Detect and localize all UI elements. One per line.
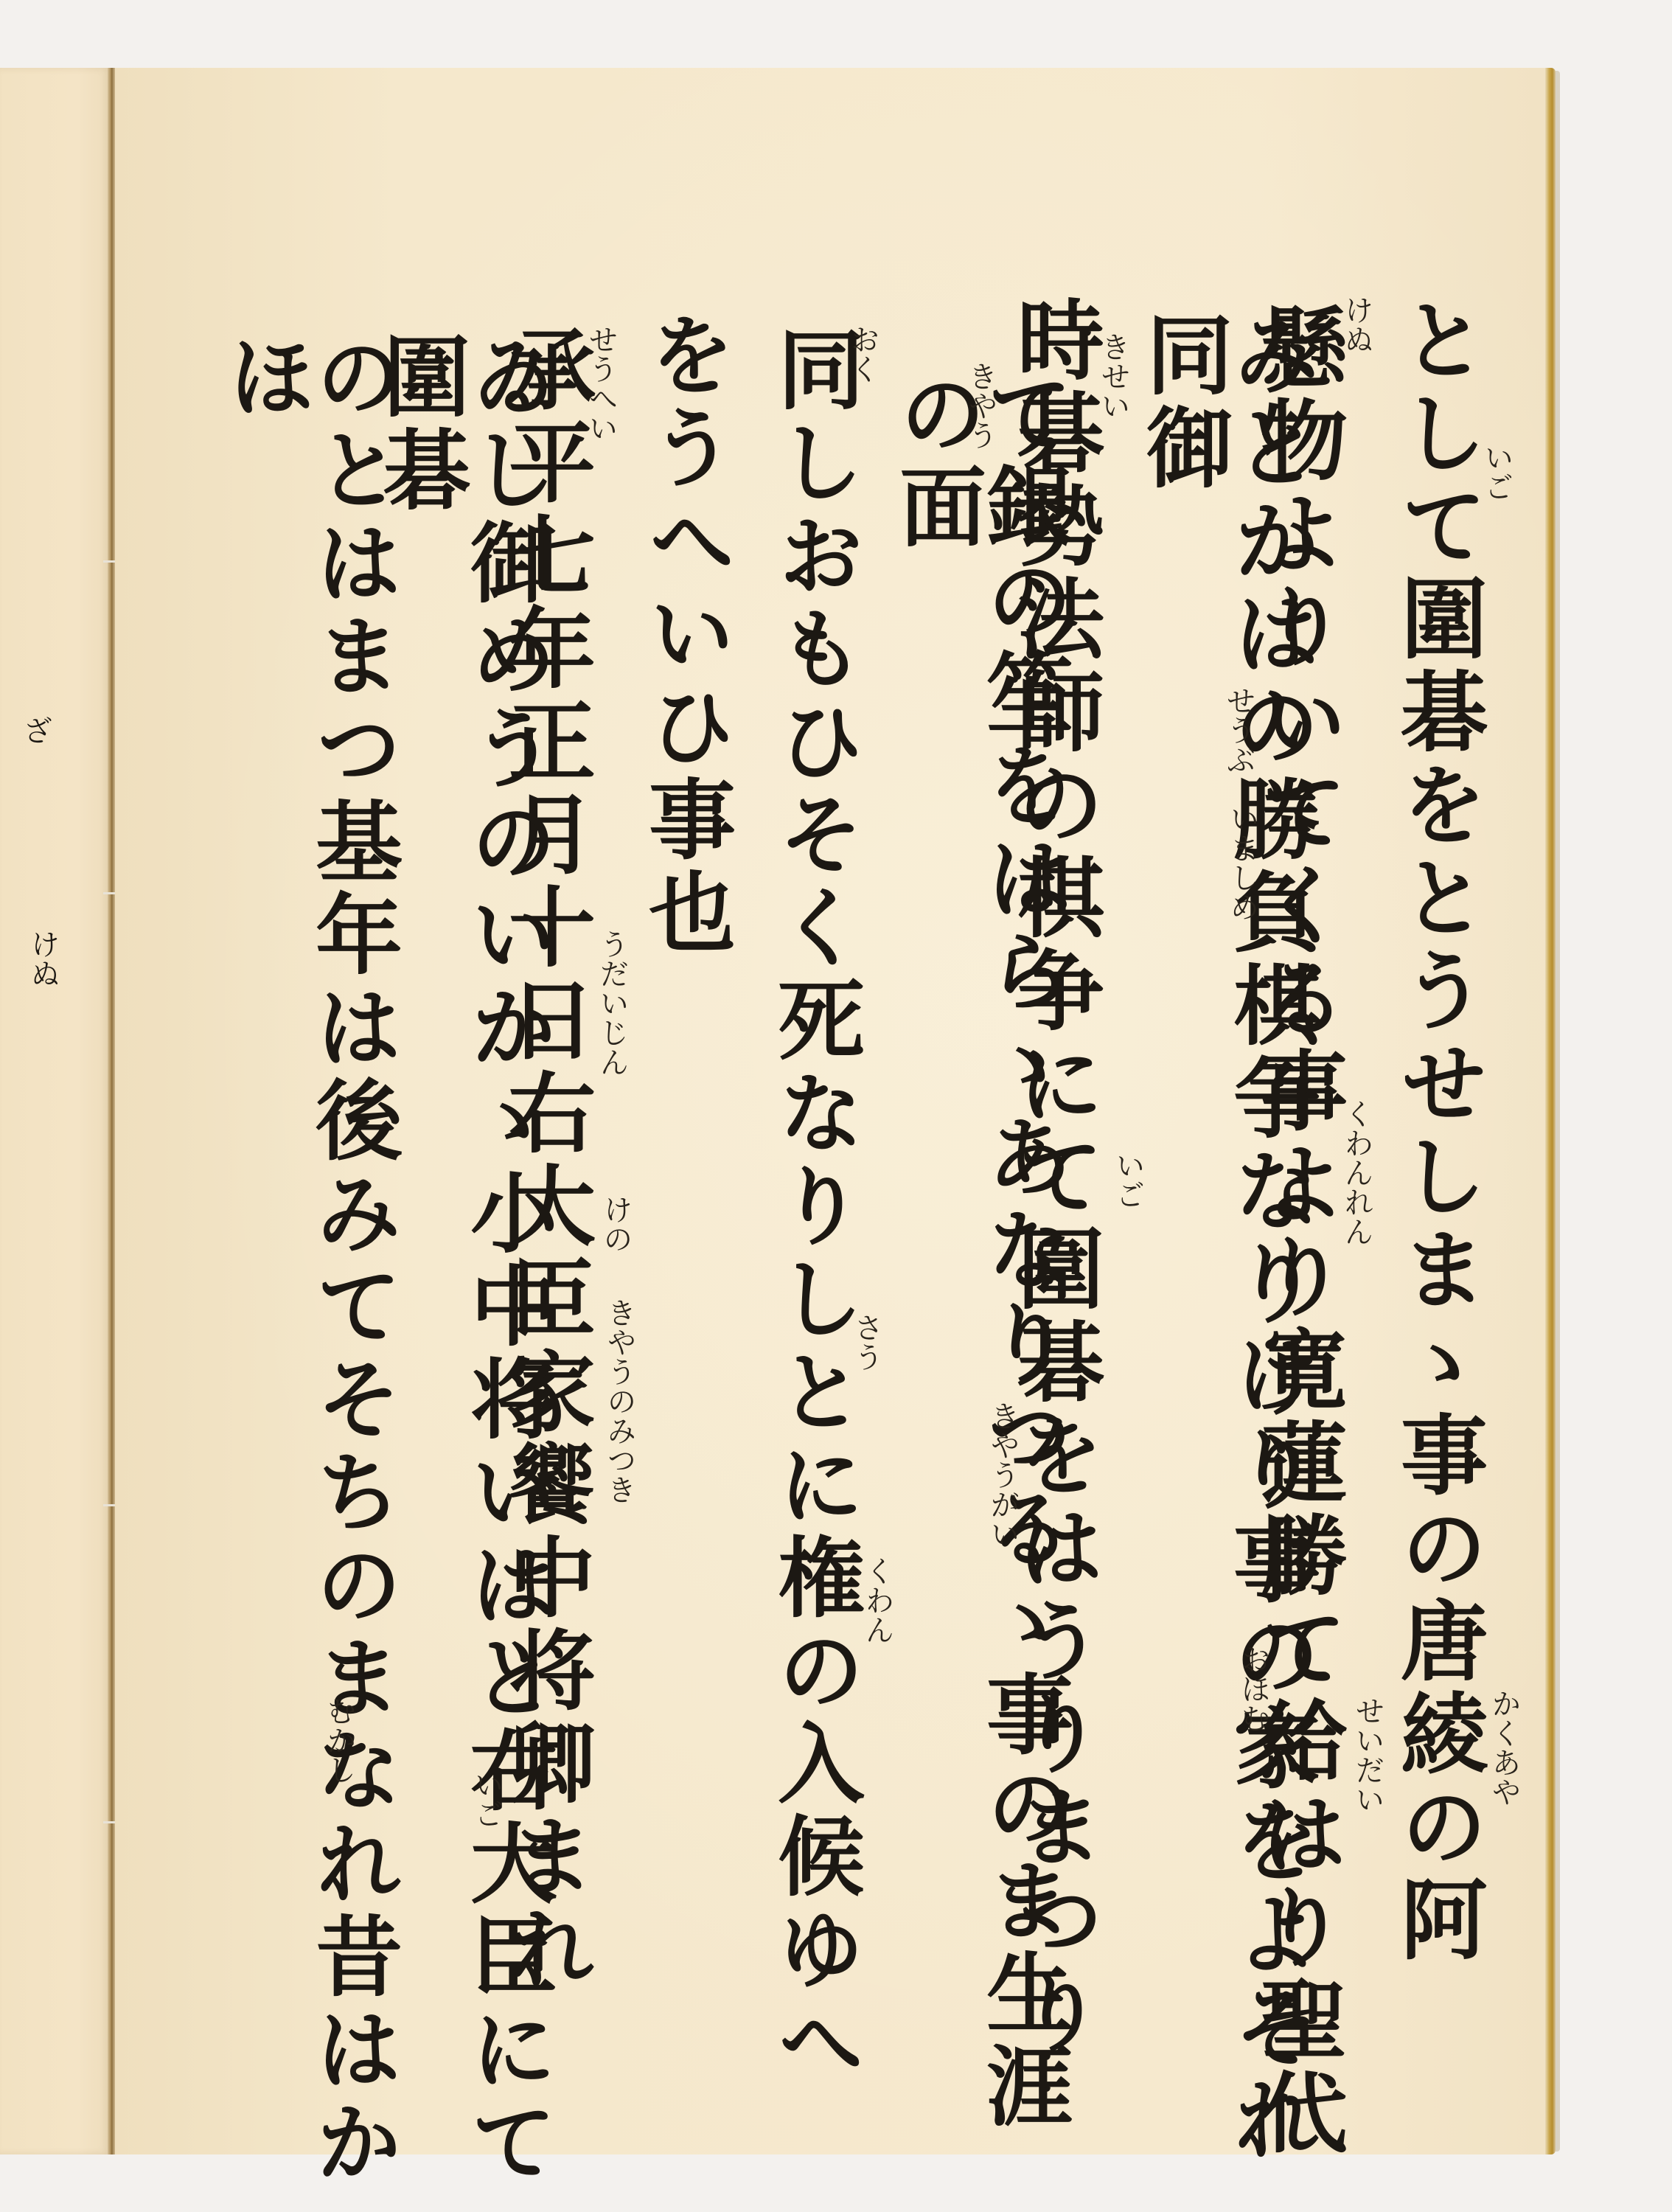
furigana-imashime: いましめ xyxy=(1227,804,1257,922)
furigana-kenu: けぬ xyxy=(1342,295,1371,354)
furigana-kyau: きやう xyxy=(966,361,995,450)
furigana-keno: けの xyxy=(601,1194,630,1253)
furigana-seuhei: せうへい xyxy=(586,324,616,442)
furigana-kuwanren: くわんれん xyxy=(1342,1099,1371,1246)
furigana-kisei: きせい xyxy=(1098,332,1128,420)
furigana-oku: おく xyxy=(848,324,877,383)
furigana-igo: いご xyxy=(1482,442,1511,501)
left-page xyxy=(0,68,111,2154)
furigana-kyaugai: きやうがい xyxy=(988,1401,1017,1548)
furigana-igo-3: いご xyxy=(472,1770,501,1829)
furigana-seidai: せいだい xyxy=(1353,1696,1382,1814)
text-column-6: 同しおもひそく死なりしとに権の入候ゆへ xyxy=(770,324,857,2090)
furigana-igo-2: いご xyxy=(1113,1150,1143,1209)
left-page-furigana: けぬ xyxy=(22,929,64,988)
gilt-page-edge xyxy=(1545,68,1556,2154)
furigana-udaijin: うだいじん xyxy=(597,929,627,1077)
furigana-kuwan: くわん xyxy=(863,1556,892,1644)
furigana-kakuaya: かくあや xyxy=(1489,1688,1519,1806)
furigana-sau: さう xyxy=(851,1312,881,1371)
text-column-5: て銀の笙をはらゝあなりつるゝ事のま生涯の面 xyxy=(892,369,1066,2212)
text-column-3: みとかはの勝負棋争なりけり事の家をよそれ同御 xyxy=(1139,310,1313,2212)
binding-gutter xyxy=(108,68,115,2154)
text-column-7: をうへいひ事也 xyxy=(641,310,728,960)
furigana-mukashi: むかし xyxy=(324,1696,354,1784)
furigana-ohomu: おほむ xyxy=(1239,1644,1268,1733)
text-column-10: のとはまつ基年は後みてそちのまなれ昔はかほ xyxy=(221,332,395,2212)
cover-edge xyxy=(1556,71,1560,2152)
text-column-1: として圍碁をとうせしまゝ事の唐綾の阿 xyxy=(1393,295,1480,1967)
furigana-seubu: せうぶ xyxy=(1224,686,1253,774)
left-page-furigana: ざ xyxy=(15,715,57,745)
furigana-kyaunomitsuki: きやうのみつき xyxy=(605,1298,634,1504)
